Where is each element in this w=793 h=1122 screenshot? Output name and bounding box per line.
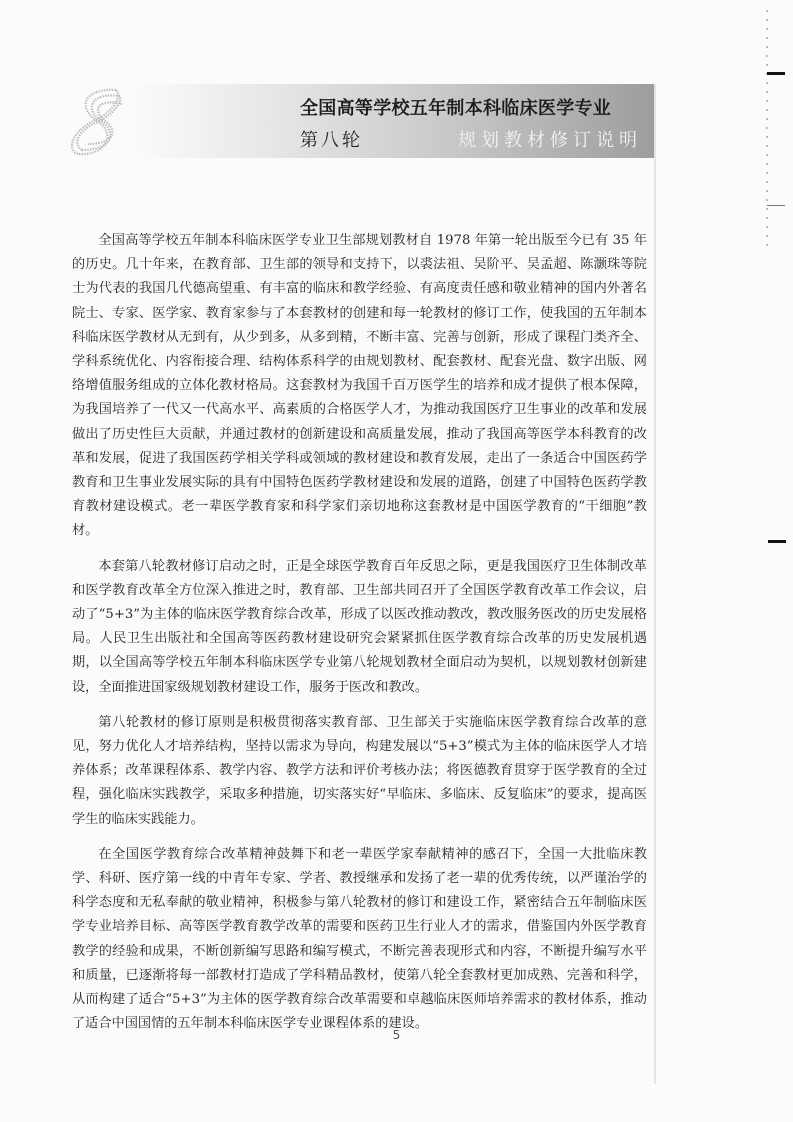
banner-subtitle: 规划教材修订说明 bbox=[458, 126, 642, 152]
figure-eight-swirl-icon bbox=[66, 84, 128, 160]
paragraph: 本套第八轮教材修订启动之时，正是全球医学教育百年反思之际，更是我国医疗卫生体制改… bbox=[72, 555, 647, 700]
banner-round: 第八轮 bbox=[300, 126, 363, 152]
paragraph: 第八轮教材的修订原则是积极贯彻落实教育部、卫生部关于实施临床医学教育综合改革的意… bbox=[72, 711, 647, 832]
scan-artifact-mark bbox=[767, 205, 785, 206]
banner-title: 全国高等学校五年制本科临床医学专业 bbox=[300, 94, 611, 120]
paragraph: 全国高等学校五年制本科临床医学专业卫生部规划教材自 1978 年第一轮出版至今已… bbox=[72, 229, 647, 544]
page-number: 5 bbox=[0, 1028, 793, 1042]
header-banner: 全国高等学校五年制本科临床医学专业 第八轮 规划教材修订说明 bbox=[132, 84, 654, 158]
page-edge-line bbox=[654, 84, 656, 1084]
paragraph: 在全国医学教育综合改革精神鼓舞下和老一辈医学家奉献精神的感召下，全国一大批临床教… bbox=[72, 843, 647, 1037]
scan-artifact-mark bbox=[767, 72, 785, 75]
scan-artifact-mark bbox=[768, 540, 786, 543]
body-text: 全国高等学校五年制本科临床医学专业卫生部规划教材自 1978 年第一轮出版至今已… bbox=[72, 229, 647, 1048]
scan-artifact-dots bbox=[766, 10, 768, 250]
